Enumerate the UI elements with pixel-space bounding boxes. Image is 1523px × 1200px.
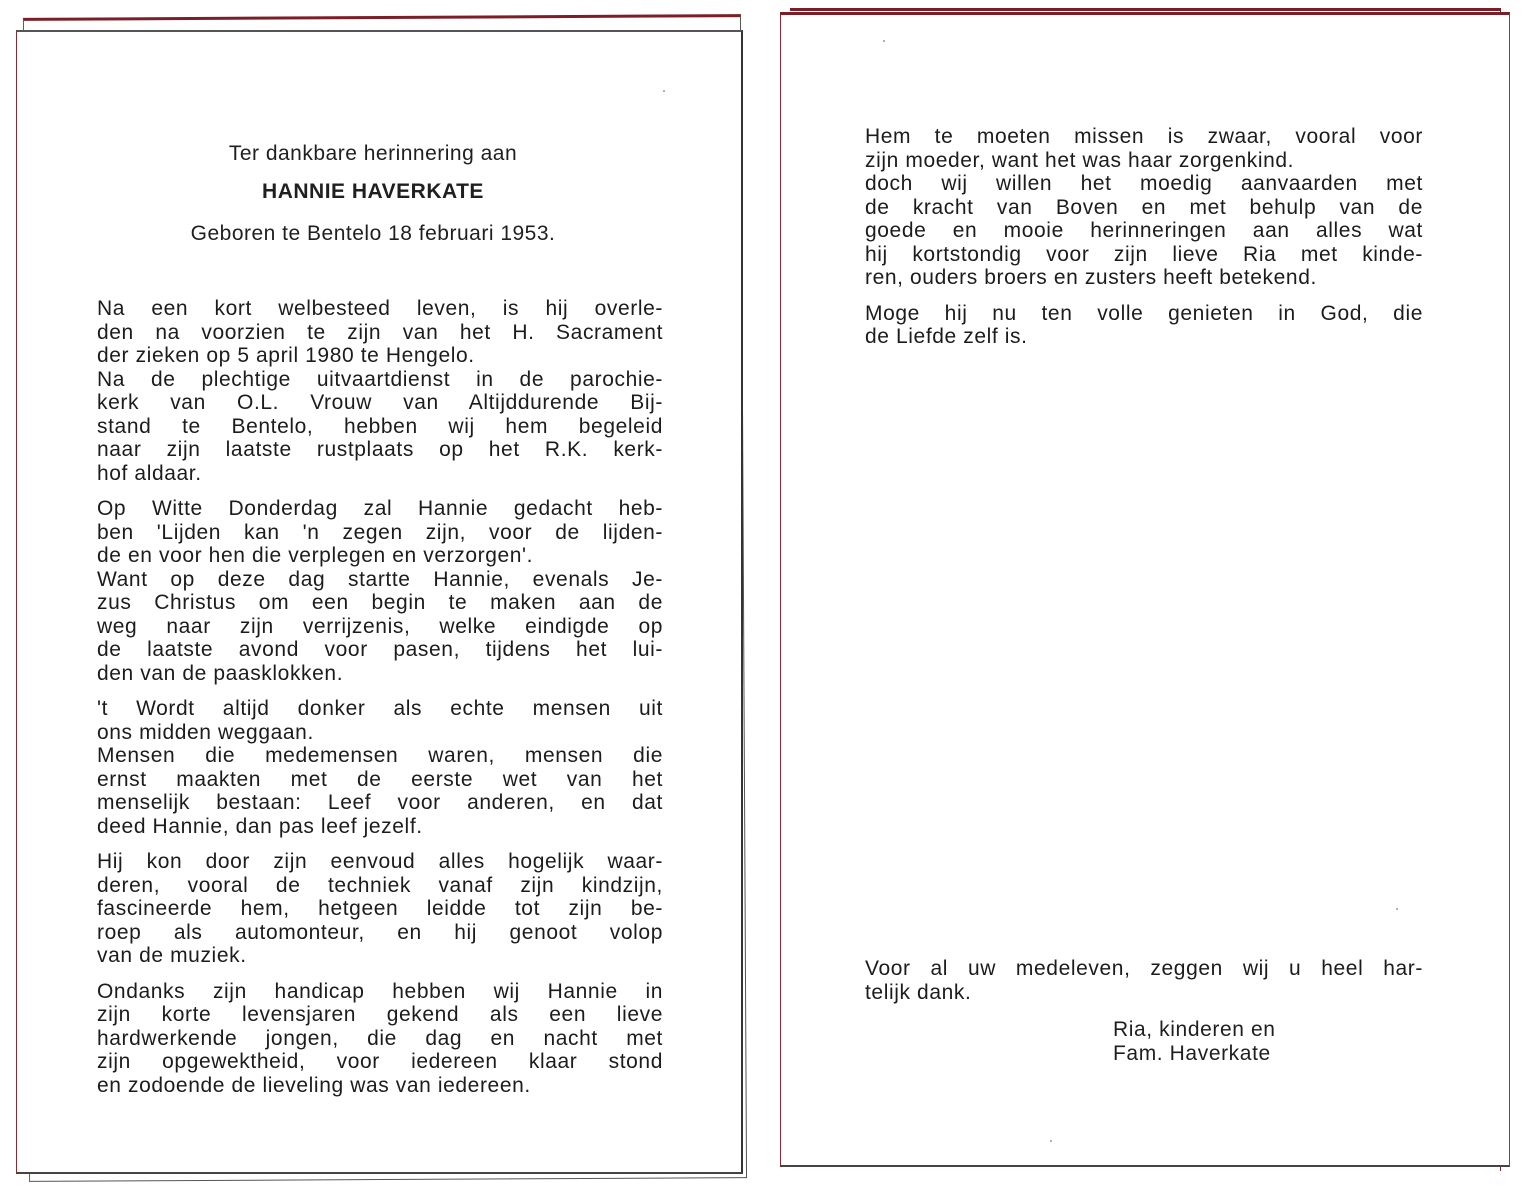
paragraph: Na een kort welbesteed leven, is hij ove… (97, 297, 663, 485)
text-line: ren, ouders broers en zusters heeft bete… (865, 266, 1423, 290)
scan-speck (1396, 908, 1398, 910)
left-memorial-page: Ter dankbare herinnering aan HANNIE HAVE… (16, 30, 743, 1174)
signature-line: Fam. Haverkate (1113, 1042, 1276, 1066)
text-line: Hem te moeten missen is zwaar, vooral vo… (865, 125, 1423, 149)
text-line: en zodoende de lieveling was van iederee… (97, 1074, 663, 1098)
text-line: roep als automonteur, en hij genoot volo… (97, 921, 663, 945)
text-line: Op Witte Donderdag zal Hannie gedacht he… (97, 497, 663, 521)
text-line: Na de plechtige uitvaartdienst in de par… (97, 368, 663, 392)
text-line: deren, vooral de techniek vanaf zijn kin… (97, 874, 663, 898)
paragraph: Ondanks zijn handicap hebben wij Hannie … (97, 980, 663, 1098)
text-line: de Liefde zelf is. (865, 325, 1423, 349)
text-line: hardwerkende jongen, die dag en nacht me… (97, 1027, 663, 1051)
deceased-name: HANNIE HAVERKATE (17, 180, 729, 204)
text-line: den van de paasklokken. (97, 662, 663, 686)
scan-speck (1050, 1140, 1052, 1142)
paragraph: Moge hij nu ten volle genieten in God, d… (865, 302, 1423, 349)
text-line: doch wij willen het moedig aanvaarden me… (865, 172, 1423, 196)
text-line: ons midden weggaan. (97, 721, 663, 745)
paragraph: Voor al uw medeleven, zeggen wij u heel … (865, 957, 1423, 1004)
text-line: deed Hannie, dan pas leef jezelf. (97, 815, 663, 839)
family-signature: Ria, kinderen enFam. Haverkate (1113, 1018, 1276, 1066)
scan-speck (883, 40, 885, 42)
thanks-text: Voor al uw medeleven, zeggen wij u heel … (865, 957, 1423, 1016)
text-line: den na voorzien te zijn van het H. Sacra… (97, 321, 663, 345)
signature-line: Ria, kinderen en (1113, 1018, 1276, 1042)
text-line: de laatste avond voor pasen, tijdens het… (97, 638, 663, 662)
text-line: ernst maakten met de eerste wet van het (97, 768, 663, 792)
text-line: naar zijn laatste rustplaats op het R.K.… (97, 438, 663, 462)
text-line: de kracht van Boven en met behulp van de (865, 196, 1423, 220)
birth-line: Geboren te Bentelo 18 februari 1953. (17, 222, 729, 246)
text-line: 't Wordt altijd donker als echte mensen … (97, 697, 663, 721)
text-line: telijk dank. (865, 981, 1423, 1005)
paragraph: Hem te moeten missen is zwaar, vooral vo… (865, 125, 1423, 290)
text-line: zijn korte levensjaren gekend als een li… (97, 1003, 663, 1027)
text-line: van de muziek. (97, 944, 663, 968)
text-line: zijn opgewektheid, voor iedereen klaar s… (97, 1050, 663, 1074)
text-line: ben 'Lijden kan 'n zegen zijn, voor de l… (97, 521, 663, 545)
paragraph: Op Witte Donderdag zal Hannie gedacht he… (97, 497, 663, 685)
text-line: Want op deze dag startte Hannie, evenals… (97, 568, 663, 592)
right-memorial-page: Hem te moeten missen is zwaar, vooral vo… (780, 12, 1510, 1167)
paragraph: 't Wordt altijd donker als echte mensen … (97, 697, 663, 838)
text-line: menselijk bestaan: Leef voor anderen, en… (97, 791, 663, 815)
text-line: Hij kon door zijn eenvoud alles hogelijk… (97, 850, 663, 874)
text-line: stand te Bentelo, hebben wij hem begelei… (97, 415, 663, 439)
text-line: zus Christus om een begin te maken aan d… (97, 591, 663, 615)
scan-speck (663, 90, 665, 92)
left-body-text: Na een kort welbesteed leven, is hij ove… (97, 297, 663, 1109)
text-line: hij kortstondig voor zijn lieve Ria met … (865, 243, 1423, 267)
text-line: kerk van O.L. Vrouw van Altijddurende Bi… (97, 391, 663, 415)
right-body-text: Hem te moeten missen is zwaar, vooral vo… (865, 125, 1423, 361)
text-line: de en voor hen die verplegen en verzorge… (97, 544, 663, 568)
text-line: Moge hij nu ten volle genieten in God, d… (865, 302, 1423, 326)
text-line: der zieken op 5 april 1980 te Hengelo. (97, 344, 663, 368)
text-line: goede en mooie herinneringen aan alles w… (865, 219, 1423, 243)
text-line: hof aldaar. (97, 462, 663, 486)
text-line: zijn moeder, want het was haar zorgenkin… (865, 149, 1423, 173)
paragraph: Hij kon door zijn eenvoud alles hogelijk… (97, 850, 663, 968)
text-line: Ondanks zijn handicap hebben wij Hannie … (97, 980, 663, 1004)
dedication-heading: Ter dankbare herinnering aan (17, 142, 729, 166)
text-line: Voor al uw medeleven, zeggen wij u heel … (865, 957, 1423, 981)
text-line: fascineerde hem, hetgeen leidde tot zijn… (97, 897, 663, 921)
text-line: Na een kort welbesteed leven, is hij ove… (97, 297, 663, 321)
text-line: Mensen die medemensen waren, mensen die (97, 744, 663, 768)
text-line: weg naar zijn verrijzenis, welke eindigd… (97, 615, 663, 639)
